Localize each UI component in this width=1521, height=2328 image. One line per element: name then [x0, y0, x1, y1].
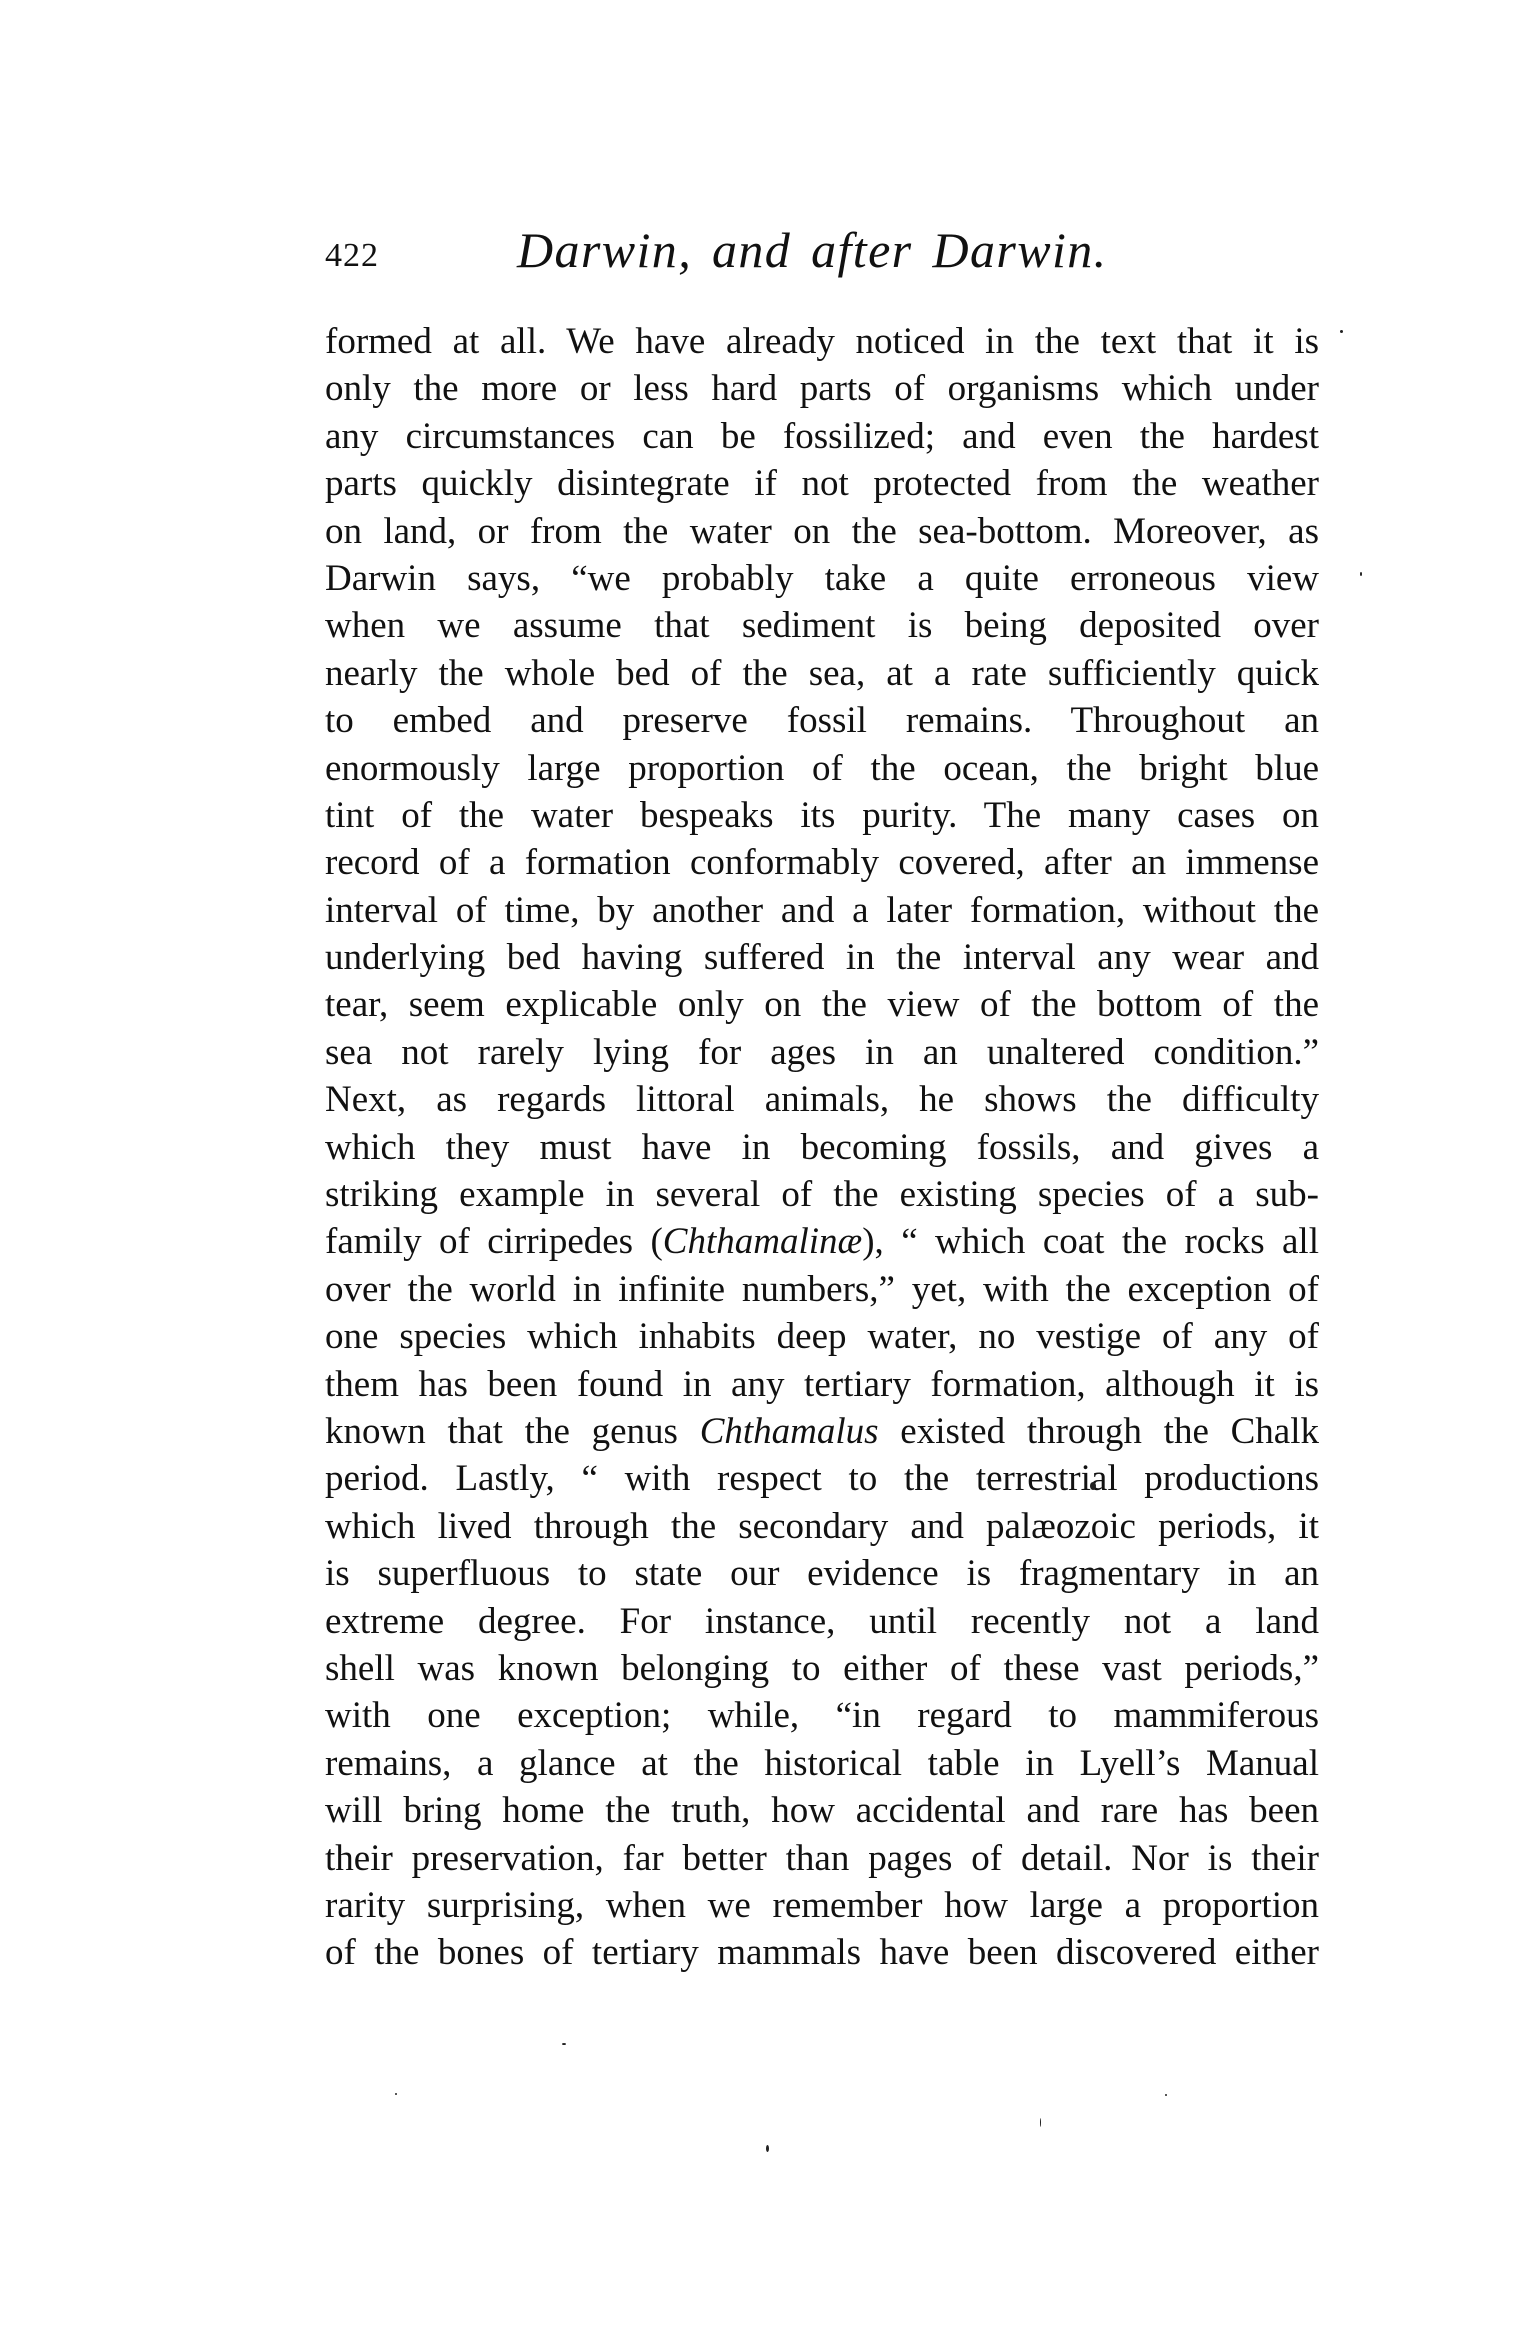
- italic-genus: Chthamalus: [700, 1411, 879, 1452]
- scan-speck: [562, 2043, 566, 2045]
- text-line: when we assume that sediment is being de…: [325, 602, 1319, 649]
- body-paragraph: formed at all. We have already noticed i…: [325, 318, 1319, 1977]
- page-number: 422: [325, 236, 379, 276]
- scan-speck: [1340, 330, 1343, 333]
- text-line: one species which inhabits deep water, n…: [325, 1313, 1319, 1360]
- scan-speck: [1040, 2118, 1041, 2127]
- text-line: Darwin says, “we probably take a quite e…: [325, 555, 1319, 602]
- text-line: record of a formation conformably covere…: [325, 839, 1319, 886]
- text-line-with-italic: known that the genus Chthamalus existed …: [325, 1408, 1319, 1455]
- text-line: nearly the whole bed of the sea, at a ra…: [325, 650, 1319, 697]
- scan-speck: [1090, 1482, 1096, 1490]
- text-line: only the more or less hard parts of orga…: [325, 365, 1319, 412]
- text-line: to embed and preserve fossil remains. Th…: [325, 697, 1319, 744]
- text-line: their preservation, far better than page…: [325, 1835, 1319, 1882]
- text-line: striking example in several of the exist…: [325, 1171, 1319, 1218]
- text-line: over the world in infinite numbers,” yet…: [325, 1266, 1319, 1313]
- text-line: tear, seem explicable only on the view o…: [325, 981, 1319, 1028]
- text-line: tint of the water bespeaks its purity. T…: [325, 792, 1319, 839]
- running-title: Darwin, and after Darwin.: [517, 222, 1108, 278]
- text-line: formed at all. We have already noticed i…: [325, 318, 1319, 365]
- scan-speck: [1360, 572, 1362, 576]
- scan-speck: [395, 2093, 397, 2095]
- text-line: rarity surprising, when we remember how …: [325, 1882, 1319, 1929]
- text-line-with-italic: family of cirripedes (Chthamalinæ), “ wh…: [325, 1218, 1319, 1265]
- text-line: Next, as regards littoral animals, he sh…: [325, 1076, 1319, 1123]
- text-line: underlying bed having suffered in the in…: [325, 934, 1319, 981]
- scan-speck: [1165, 2094, 1167, 2096]
- text-line: remains, a glance at the historical tabl…: [325, 1740, 1319, 1787]
- text-line: which they must have in becoming fossils…: [325, 1124, 1319, 1171]
- text-line: is superfluous to state our evidence is …: [325, 1550, 1319, 1597]
- text-line: shell was known belonging to either of t…: [325, 1645, 1319, 1692]
- text-line: sea not rarely lying for ages in an unal…: [325, 1029, 1319, 1076]
- text-line: period. Lastly, “ with respect to the te…: [325, 1455, 1319, 1502]
- text-line: extreme degree. For instance, until rece…: [325, 1598, 1319, 1645]
- text-line: parts quickly disintegrate if not protec…: [325, 460, 1319, 507]
- text-line: with one exception; while, “in regard to…: [325, 1692, 1319, 1739]
- text-line: them has been found in any tertiary form…: [325, 1361, 1319, 1408]
- text-line: any circumstances can be fossilized; and…: [325, 413, 1319, 460]
- text-line: will bring home the truth, how accidenta…: [325, 1787, 1319, 1834]
- text-line: interval of time, by another and a later…: [325, 887, 1319, 934]
- text-line: which lived through the secondary and pa…: [325, 1503, 1319, 1550]
- text-line: enormously large proportion of the ocean…: [325, 745, 1319, 792]
- text-line: of the bones of tertiary mammals have be…: [325, 1929, 1319, 1976]
- book-page: 422 Darwin, and after Darwin. formed at …: [0, 0, 1521, 2328]
- running-head: 422 Darwin, and after Darwin.: [325, 222, 1325, 282]
- scan-speck: [766, 2145, 769, 2152]
- italic-taxon: Chthamalinæ: [663, 1221, 862, 1262]
- text-line: on land, or from the water on the sea-bo…: [325, 508, 1319, 555]
